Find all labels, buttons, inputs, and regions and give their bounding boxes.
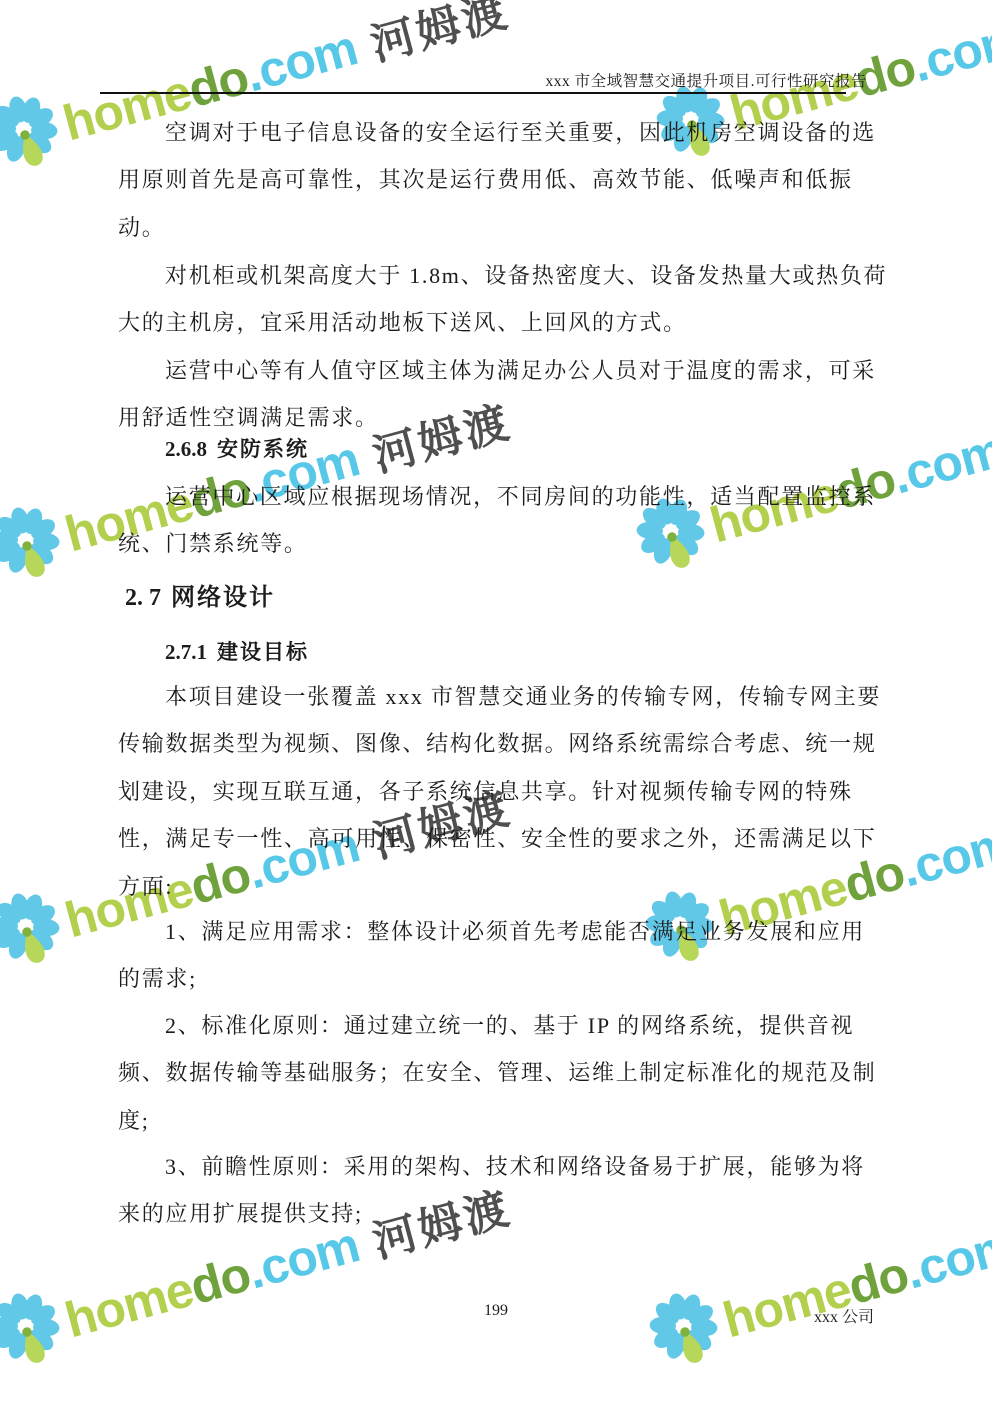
homedo-flower-icon: [0, 499, 69, 593]
heading-label: 安防系统: [217, 438, 309, 461]
heading-2-7-network-design: 2. 7网络设计: [125, 582, 275, 614]
heading-number: 2. 7: [125, 585, 161, 611]
paragraph-comfort-ac: 运营中心等有人值守区域主体为满足办公人员对于温度的需求，可采 用舒适性空调满足需…: [118, 347, 918, 442]
watermark-do-text: do: [182, 49, 254, 118]
homedo-flower-icon: [0, 885, 69, 979]
list-item-3-forward-looking: 3、前瞻性原则：采用的架构、技术和网络设备易于扩展，能够为将 来的应用扩展提供支…: [118, 1143, 918, 1238]
paragraph-network-goal: 本项目建设一张覆盖 xxx 市智慧交通业务的传输专网，传输专网主要 传输数据类型…: [118, 673, 918, 910]
watermark-com-text: .com: [906, 9, 992, 92]
heading-label: 建设目标: [217, 641, 309, 664]
document-page: { "header": { "title": "xxx 市全域智慧交通提升项目.…: [0, 0, 992, 1403]
footer-company: xxx 公司: [814, 1304, 874, 1327]
homedo-flower-icon: [643, 1285, 727, 1379]
list-item-1-application-needs: 1、满足应用需求：整体设计必须首先考虑能否满足业务发展和应用 的需求;: [118, 908, 918, 1003]
paragraph-cabinet-airflow: 对机柜或机架高度大于 1.8m、设备热密度大、设备发热量大或热负荷 大的主机房，…: [118, 252, 918, 347]
watermark-com-text: .com: [239, 19, 362, 102]
list-item-2-standardization: 2、标准化原则：通过建立统一的、基于 IP 的网络系统，提供音视 频、数据传输等…: [118, 1002, 918, 1144]
paragraph-security-config: 运营中心区域应根据现场情况，不同房间的功能性，适当配置监控系 统、门禁系统等。: [118, 473, 918, 568]
paragraph-hvac-selection: 空调对于电子信息设备的安全运行至关重要，因此机房空调设备的选 用原则首先是高可靠…: [118, 109, 918, 251]
heading-number: 2.7.1: [165, 640, 207, 664]
heading-2-7-1-construction-goal: 2.7.1建设目标: [165, 637, 309, 668]
heading-2-6-8-security-system: 2.6.8安防系统: [165, 434, 309, 465]
watermark-cjk-text: 河姆渡: [363, 0, 516, 73]
heading-number: 2.6.8: [165, 437, 207, 461]
homedo-flower-icon: [0, 88, 67, 182]
homedo-flower-icon: [0, 1285, 69, 1379]
header-title: xxx 市全域智慧交通提升项目.可行性研究报告: [545, 69, 867, 91]
header-rule: [100, 92, 846, 94]
heading-label: 网络设计: [171, 584, 275, 611]
